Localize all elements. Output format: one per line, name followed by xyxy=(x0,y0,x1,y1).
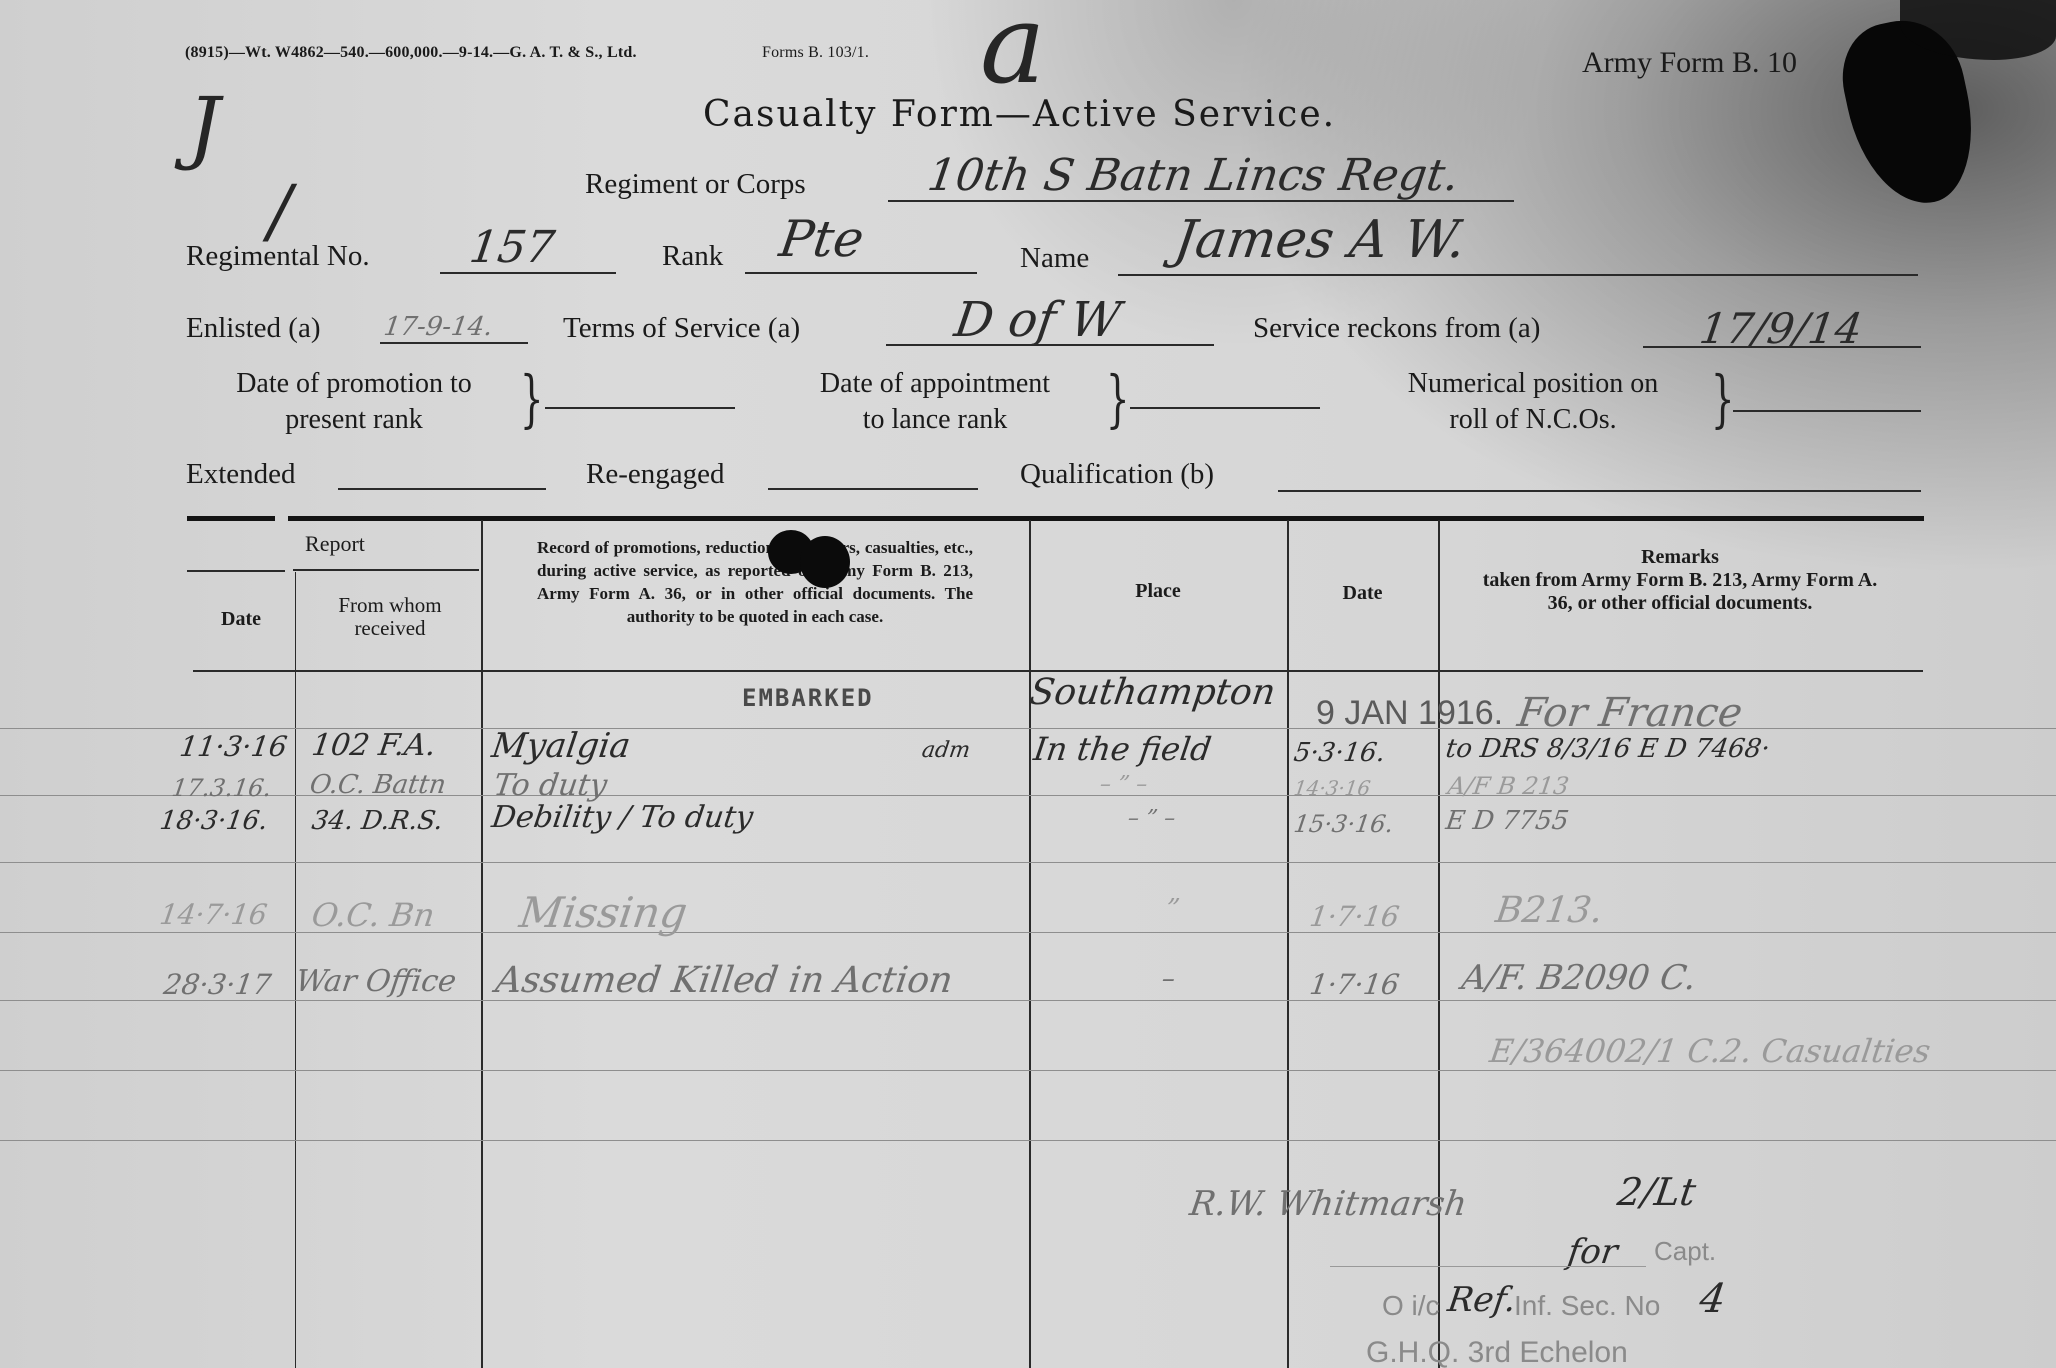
signature-initials: 2/Lt xyxy=(1615,1170,1699,1214)
header-remarks: Remarks taken from Army Form B. 213, Arm… xyxy=(1470,546,1890,615)
row-remarks: A/F. B2090 C. xyxy=(1459,958,1698,998)
report-subheader-rule xyxy=(293,569,479,571)
printer-imprint: (8915)—Wt. W4862—540.—600,000.—9-14.—G. … xyxy=(185,44,637,62)
lance-label-line1: Date of appointment xyxy=(770,366,1100,402)
row-record: Myalgia xyxy=(489,726,633,766)
extended-label: Extended xyxy=(186,458,296,491)
name-value: James A W. xyxy=(1171,210,1470,270)
qualification-line xyxy=(1278,490,1921,492)
enlisted-line xyxy=(380,342,528,344)
header-remarks-sub: taken from Army Form B. 213, Army Form A… xyxy=(1470,569,1890,615)
embarked-remark: For France xyxy=(1515,690,1746,736)
row-from: O.C. Battn xyxy=(308,770,448,800)
enlisted-value: 17-9-14. xyxy=(382,312,495,342)
row-place: – xyxy=(1160,964,1177,994)
regimental-no-value: 157 xyxy=(466,222,557,273)
ruled-line xyxy=(0,862,2056,863)
rank-label: Rank xyxy=(662,240,723,273)
promotion-brace-icon: } xyxy=(520,368,544,430)
name-label: Name xyxy=(1020,242,1089,275)
qualification-label: Qualification (b) xyxy=(1020,458,1214,491)
service-reckons-label: Service reckons from (a) xyxy=(1253,312,1540,345)
header-record: Record of promotions, reductions, transf… xyxy=(537,536,973,628)
header-date2: Date xyxy=(1287,582,1438,605)
header-date: Date xyxy=(187,608,295,631)
row-date2: 1·7·16 xyxy=(1308,968,1402,1001)
margin-mark-a: a xyxy=(980,0,1046,108)
header-from-whom: From whom received xyxy=(310,594,470,640)
header-place: Place xyxy=(1029,580,1287,603)
regiment-label: Regiment or Corps xyxy=(585,168,806,201)
promotion-label-line1: Date of promotion to xyxy=(184,366,524,402)
lance-label: Date of appointment to lance rank xyxy=(770,366,1100,438)
lance-line xyxy=(1130,407,1320,409)
row-remarks: to DRS 8/3/16 E D 7468· xyxy=(1444,734,1772,764)
regimental-no-label: Regimental No. xyxy=(186,240,370,273)
terms-value: D of W xyxy=(951,292,1124,348)
row-place: ” xyxy=(1164,894,1182,924)
terms-label: Terms of Service (a) xyxy=(563,312,800,345)
row-date: 14·7·16 xyxy=(158,898,270,931)
row-place: In the field xyxy=(1031,730,1213,768)
row-record: Missing xyxy=(517,888,691,937)
stamp-ghq: G.H.Q. 3rd Echelon xyxy=(1366,1336,1628,1368)
ruled-line xyxy=(0,1000,2056,1001)
lance-label-line2: to lance rank xyxy=(770,402,1100,438)
ruled-line xyxy=(0,1140,2056,1141)
embarked-stamp: EMBARKED xyxy=(742,684,874,712)
promotion-line xyxy=(545,407,735,409)
table-top-rule-left xyxy=(187,516,275,521)
row-date: 17.3.16. xyxy=(170,774,273,802)
row-from: 34. D.R.S. xyxy=(310,806,445,836)
row-from: 102 F.A. xyxy=(310,728,439,763)
row-date2: 15·3·16. xyxy=(1292,810,1395,838)
row-date: 11·3·16 xyxy=(178,730,290,763)
header-record-text: Record of promotions, reductions, transf… xyxy=(537,538,973,626)
reengaged-label: Re-engaged xyxy=(586,458,725,491)
extra-remark: E/364002/1 C.2. Casualties xyxy=(1487,1032,1933,1070)
row-date: 18·3·16. xyxy=(158,806,270,836)
service-reckons-value: 17/9/14 xyxy=(1697,304,1866,353)
extended-line xyxy=(338,488,546,490)
signature: R.W. Whitmarsh xyxy=(1187,1184,1469,1224)
stamp-dotted-rule xyxy=(1330,1266,1646,1267)
row-record: To duty xyxy=(492,768,610,803)
forms-reference: Forms B. 103/1. xyxy=(762,44,869,62)
margin-mark-j: J xyxy=(188,80,220,173)
name-line xyxy=(1118,274,1918,276)
table-top-rule xyxy=(288,516,1924,521)
form-title: Casualty Form—Active Service. xyxy=(703,94,1336,135)
promotion-label-line2: present rank xyxy=(184,402,524,438)
embarked-date-stamp: 9 JAN 1916. xyxy=(1316,694,1503,733)
row-remarks: B213. xyxy=(1493,890,1605,931)
row-date2: 5·3·16. xyxy=(1292,738,1387,768)
ruled-line xyxy=(0,1070,2056,1071)
embarked-place: Southampton xyxy=(1027,672,1278,713)
row-record: Assumed Killed in Action xyxy=(493,960,955,1001)
row-place: – ” – xyxy=(1126,806,1177,831)
row-note: adm xyxy=(920,738,972,763)
nco-label-line2: roll of N.C.Os. xyxy=(1360,402,1706,438)
army-form-number: Army Form B. 10 xyxy=(1582,46,1797,80)
stamp-inf-sec: Inf. Sec. No xyxy=(1514,1290,1660,1322)
ruled-line xyxy=(0,728,2056,729)
stamp-oic: O i/c xyxy=(1382,1290,1440,1322)
stamp-sec-no: 4 xyxy=(1697,1276,1729,1322)
row-record: Debility / To duty xyxy=(490,800,756,835)
col-divider-place-date xyxy=(1287,520,1289,1368)
promotion-label: Date of promotion to present rank xyxy=(184,366,524,438)
rank-value: Pte xyxy=(776,210,867,268)
col-divider-date-remarks xyxy=(1438,520,1440,1368)
nco-brace-icon: } xyxy=(1711,368,1735,430)
nco-line xyxy=(1733,410,1921,412)
row-date: 28·3·17 xyxy=(162,968,274,1001)
nco-label-line1: Numerical position on xyxy=(1360,366,1706,402)
row-from: War Office xyxy=(294,964,459,999)
header-report: Report xyxy=(295,532,375,555)
row-remarks: E D 7755 xyxy=(1444,806,1571,836)
stamp-ref-handwritten: Ref. xyxy=(1445,1280,1519,1320)
regiment-value: 10th S Batn Lincs Regt. xyxy=(924,150,1462,201)
rank-line xyxy=(745,272,977,274)
col-divider-date-from xyxy=(295,572,296,1368)
report-subheader-rule-left xyxy=(187,570,285,572)
stamp-capt: Capt. xyxy=(1654,1236,1716,1267)
row-from: O.C. Bn xyxy=(309,896,437,934)
header-remarks-title: Remarks xyxy=(1470,546,1890,569)
col-divider-from-record xyxy=(481,520,483,1368)
row-remarks: A/F B 213 xyxy=(1446,772,1571,800)
reengaged-line xyxy=(768,488,978,490)
row-date2: 14·3·16 xyxy=(1292,776,1372,800)
col-divider-record-place xyxy=(1029,520,1031,1368)
row-date2: 1·7·16 xyxy=(1308,900,1402,933)
nco-label: Numerical position on roll of N.C.Os. xyxy=(1360,366,1706,438)
row-place: – ” – xyxy=(1098,772,1149,797)
enlisted-label: Enlisted (a) xyxy=(186,312,320,345)
ink-blot-2 xyxy=(800,536,850,588)
lance-brace-icon: } xyxy=(1106,368,1130,430)
